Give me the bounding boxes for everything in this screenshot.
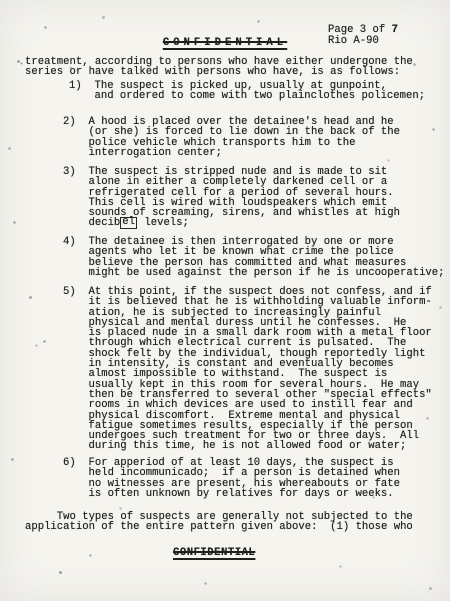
list-item-3: 3) The suspect is stripped nude and is m…	[63, 167, 400, 229]
list-item-4: 4) The detainee is then interrogated by …	[63, 237, 445, 278]
classification-stamp-top: CONFIDENTIAL	[0, 38, 450, 48]
list-item-2: 2) A hood is placed over the detainee's …	[63, 117, 400, 158]
item-number: 5)	[63, 287, 76, 297]
item-number: 6)	[63, 458, 76, 468]
item-number: 3)	[63, 167, 76, 177]
list-item-1: 1) The suspect is picked up, usually at …	[69, 81, 425, 102]
text-line: is often unknown by relatives for days o…	[89, 489, 401, 499]
item-number: 1)	[69, 81, 82, 91]
list-item-5: 5) At this point, if the suspect does no…	[63, 287, 432, 452]
item-text: A hood is placed over the detainee's hea…	[89, 117, 401, 158]
text-line: decibel levels;	[89, 218, 401, 228]
item-number: 4)	[63, 237, 76, 247]
text-line: might be used against the person if he i…	[89, 268, 445, 278]
closing-paragraph: Two types of suspects are generally not …	[25, 512, 435, 533]
handwritten-total-pages: 7	[392, 24, 398, 36]
text-line: interrogation center;	[89, 148, 401, 158]
item-text: The detainee is then interrogated by one…	[89, 237, 445, 278]
intro-paragraph: treatment, according to persons who have…	[25, 57, 435, 78]
item-text: The suspect is stripped nude and is made…	[89, 167, 401, 229]
typed-correction-box: el	[120, 217, 137, 229]
classification-stamp-bottom: CONFIDENTIAL	[173, 548, 255, 558]
text-line: and ordered to come with two plainclothe…	[95, 91, 426, 101]
document-page: Page 3 of 7 Rio A-90 CONFIDENTIAL treatm…	[0, 0, 450, 601]
list-item-6: 6) For apperiod of at least 10 days, the…	[63, 458, 400, 499]
item-number: 2)	[63, 117, 76, 127]
photocopy-specks	[0, 0, 1, 1]
text-line: series or have talked with persons who h…	[25, 67, 435, 77]
item-text: For apperiod of at least 10 days, the su…	[89, 458, 401, 499]
item-text: The suspect is picked up, usually at gun…	[95, 81, 426, 102]
item-text: At this point, if the suspect does not c…	[89, 287, 432, 452]
text-line: during this time, he is not allowed food…	[89, 441, 432, 451]
text-line: application of the entire pattern given …	[25, 522, 435, 532]
